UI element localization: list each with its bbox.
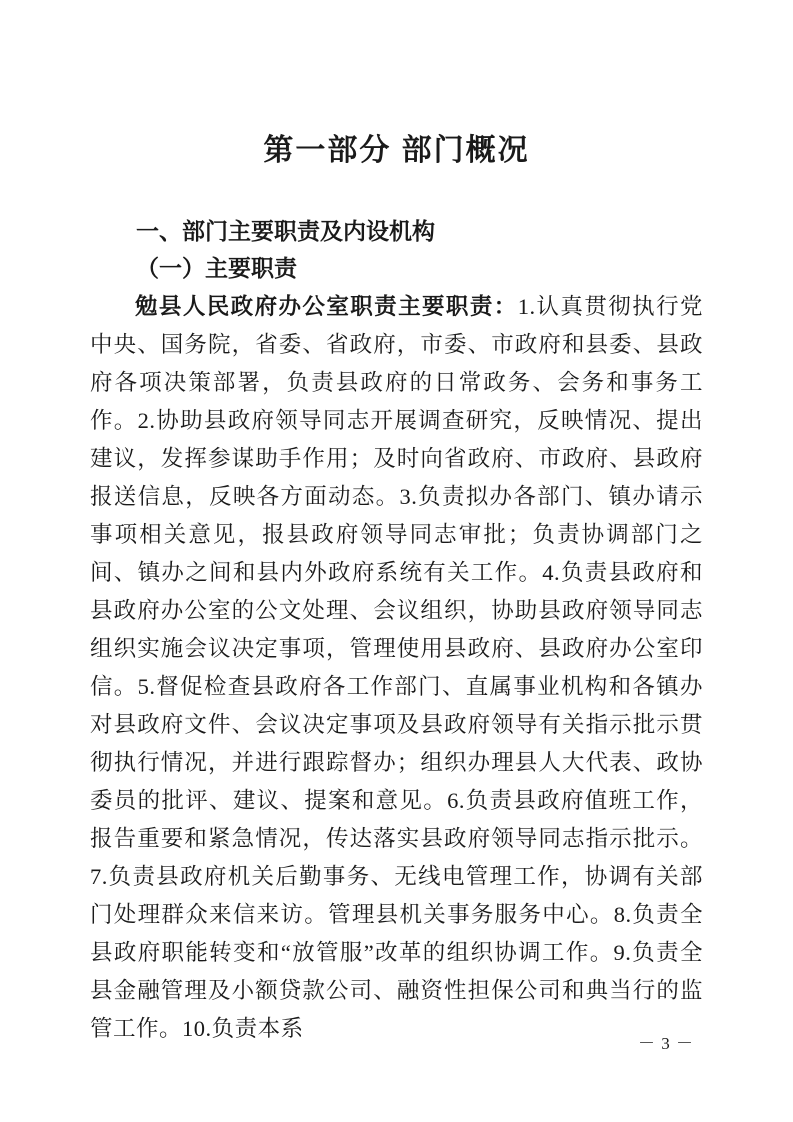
subsection-heading: （一）主要职责 bbox=[90, 250, 703, 288]
section-heading: 一、部门主要职责及内设机构 bbox=[90, 212, 703, 250]
document-page: 第一部分 部门概况 一、部门主要职责及内设机构 （一）主要职责 勉县人民政府办公… bbox=[0, 0, 793, 1122]
body-paragraph: 勉县人民政府办公室职责主要职责：1.认真贯彻执行党中央、国务院，省委、省政府，市… bbox=[90, 288, 703, 1048]
document-body: 一、部门主要职责及内设机构 （一）主要职责 勉县人民政府办公室职责主要职责：1.… bbox=[90, 212, 703, 1048]
paragraph-text: 1.认真贯彻执行党中央、国务院，省委、省政府，市委、市政府和县委、县政府各项决策… bbox=[90, 294, 703, 1041]
page-number: － 3 － bbox=[638, 1034, 694, 1054]
paragraph-lead: 勉县人民政府办公室职责主要职责： bbox=[135, 294, 518, 319]
page-title: 第一部分 部门概况 bbox=[0, 132, 793, 170]
